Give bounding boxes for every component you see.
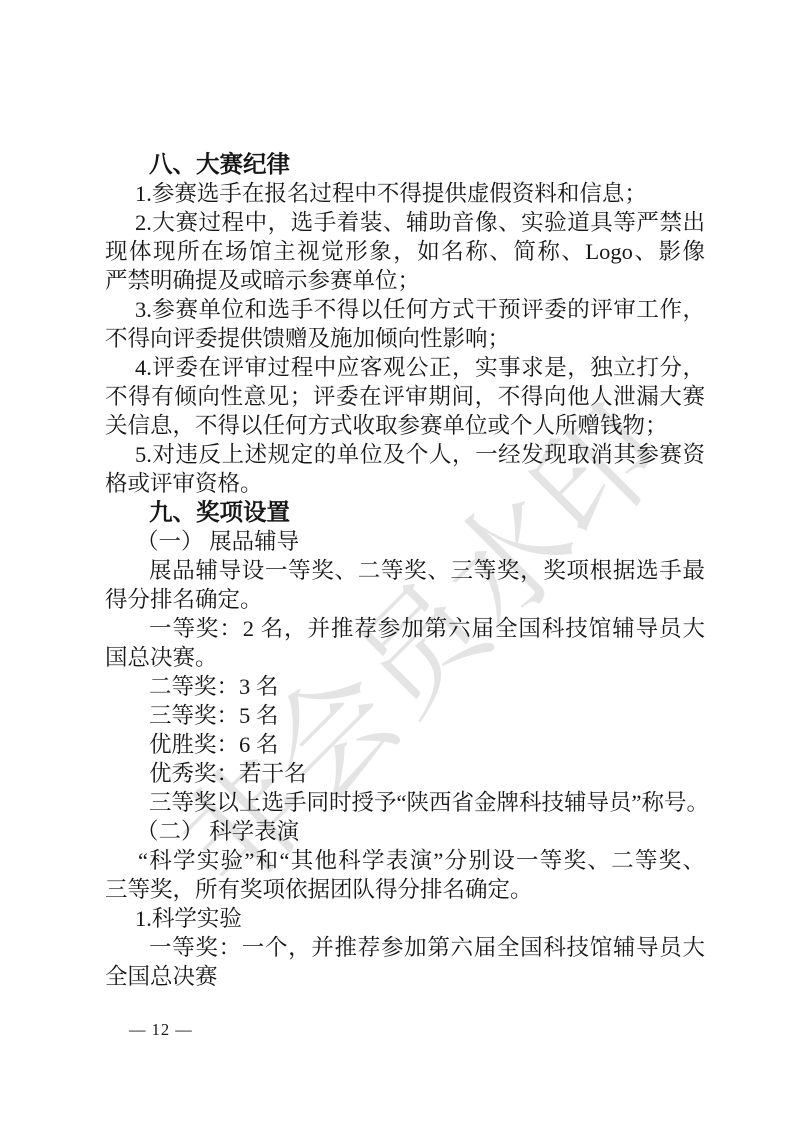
document-content: 八、大赛纪律1.参赛选手在报名过程中不得提供虚假资料和信息；2.大赛过程中，选手… (105, 150, 705, 991)
text-line: 现体现所在场馆主视觉形象，如名称、简称、Logo、影像等； (105, 237, 705, 266)
document-page: 非会员水印 八、大赛纪律1.参赛选手在报名过程中不得提供虚假资料和信息；2.大赛… (0, 0, 793, 1122)
text-line: 三等奖以上选手同时授予“陕西省金牌科技辅导员”称号。 (105, 788, 705, 817)
text-line: 二等奖：3 名 (105, 672, 705, 701)
text-line: 格或评审资格。 (105, 469, 705, 498)
text-line: （一） 展品辅导 (105, 527, 705, 556)
section-heading: 八、大赛纪律 (105, 150, 705, 179)
text-line: （二） 科学表演 (105, 817, 705, 846)
text-line: 展品辅导设一等奖、二等奖、三等奖，奖项根据选手最终 (105, 556, 705, 585)
text-line: 一等奖：2 名，并推荐参加第六届全国科技馆辅导员大赛全 (105, 614, 705, 643)
text-line: 4.评委在评审过程中应客观公正，实事求是，独立打分， (105, 353, 705, 382)
text-line: 一等奖：一个，并推荐参加第六届全国科技馆辅导员大赛 (105, 933, 705, 962)
text-line: 5.对违反上述规定的单位及个人，一经发现取消其参赛资 (105, 440, 705, 469)
text-line: 国总决赛。 (105, 643, 705, 672)
page-number: — 12 — (129, 1020, 193, 1040)
text-line: 1.参赛选手在报名过程中不得提供虚假资料和信息； (105, 179, 705, 208)
text-line: 关信息，不得以任何方式收取参赛单位或个人所赠钱物； (105, 411, 705, 440)
text-line: 不得有倾向性意见；评委在评审期间，不得向他人泄漏大赛相 (105, 382, 705, 411)
text-line: 严禁明确提及或暗示参赛单位； (105, 266, 705, 295)
text-line: 2.大赛过程中，选手着装、辅助音像、实验道具等严禁出 (105, 208, 705, 237)
text-line: 得分排名确定。 (105, 585, 705, 614)
text-line: 全国总决赛 (105, 962, 705, 991)
text-line: 不得向评委提供馈赠及施加倾向性影响； (105, 324, 705, 353)
text-line: 优胜奖：6 名 (105, 730, 705, 759)
text-line: “科学实验”和“其他科学表演”分别设一等奖、二等奖、 (105, 846, 705, 875)
text-line: 优秀奖：若干名 (105, 759, 705, 788)
text-line: 1.科学实验 (105, 904, 705, 933)
section-heading: 九、奖项设置 (105, 498, 705, 527)
text-line: 三等奖：5 名 (105, 701, 705, 730)
text-line: 3.参赛单位和选手不得以任何方式干预评委的评审工作， (105, 295, 705, 324)
text-line: 三等奖，所有奖项依据团队得分排名确定。 (105, 875, 705, 904)
